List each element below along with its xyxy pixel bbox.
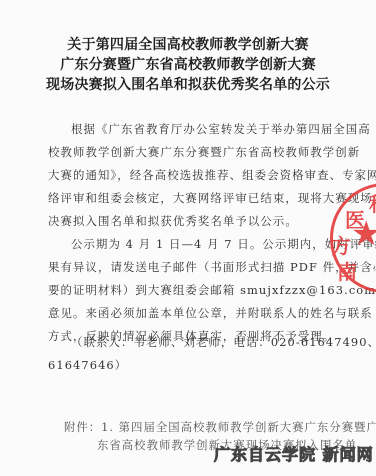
paragraph-2-line: 公示期为 4 月 1 日—4 月 7 日。公示期内，如对评审结: [71, 236, 330, 252]
paragraph-1-line: 校教师教学创新大赛广东分赛暨广东省高校教师教学创新: [48, 144, 330, 160]
paragraph-2-line: 果有异议，请发送电子邮件（书面形式扫描 PDF 件，并含必: [48, 259, 330, 275]
document-page: 关于第四届全国高校教师教学创新大赛 广东分赛暨广东省高校教师教学创新大赛 现场决…: [0, 0, 376, 476]
attachment-line-1[interactable]: 附件：1. 第四届全国高校教师教学创新大赛广东分赛暨广: [64, 419, 376, 435]
paragraph-2-line: 意见。来函必须加盖本单位公章，并附联系人的姓名与联系: [48, 305, 330, 321]
contact-line: 61647646）: [48, 357, 330, 373]
seal-char: 南: [337, 256, 357, 285]
seal-char: 科: [369, 188, 376, 217]
paragraph-1-line: 决赛拟入围名单和拟获优秀奖名单予以公示。: [48, 213, 330, 229]
paragraph-1-line: 根据《广东省教育厅办公室转发关于举办第四届全国高: [71, 121, 330, 137]
title-line-1: 关于第四届全国高校教师教学创新大赛: [0, 34, 376, 54]
seal-char: 方: [331, 230, 351, 259]
title-line-2: 广东分赛暨广东省高校教师教学创新大赛: [0, 54, 376, 74]
paragraph-2-line: 要的证明材料）到大赛组委会邮箱 smujxfzzx@163.com 反映: [48, 282, 330, 298]
contact-line: （联系人：韦老师、刘老师，电话：020-61647490、020-: [71, 334, 330, 350]
watermark-logo: 广东自云学院 新闻网: [214, 442, 374, 465]
star-icon: ★: [351, 214, 376, 254]
paragraph-1-line: 络评审和组委会核定，大赛网络评审已结束，现将大赛现场: [48, 190, 330, 206]
paragraph-1-line: 大赛的通知》，经各高校选拔推荐、组委会资格审查、专家网: [48, 167, 330, 183]
title-line-3: 现场决赛拟入围名单和拟获优秀奖名单的公示: [0, 74, 376, 94]
